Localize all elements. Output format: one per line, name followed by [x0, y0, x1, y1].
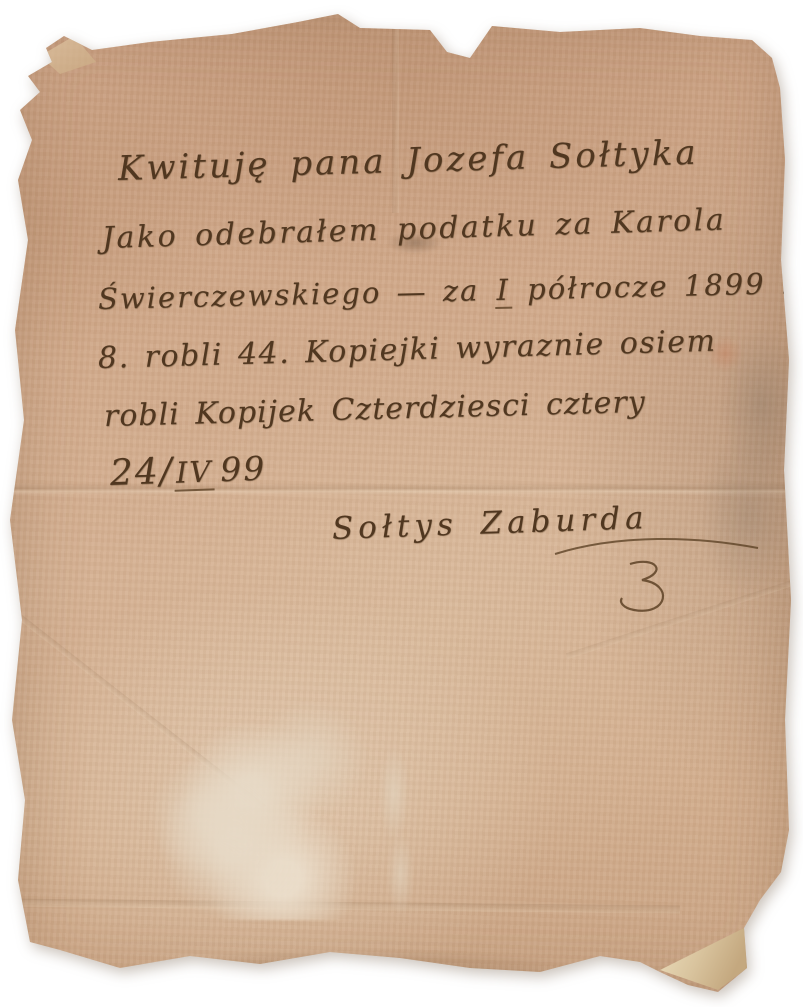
handwritten-line-4: 8. robli 44. Kopiejki wyraznie osiem — [98, 327, 717, 374]
paper-document: Kwituję pana Jozefa Sołtyka Jako odebrał… — [0, 0, 803, 1007]
handwritten-line-2: Jako odebrałem podatku za Karola — [102, 205, 727, 254]
date-day: 24/ — [109, 451, 174, 494]
bottom-fold-crease — [0, 898, 680, 913]
line-3-underlined-numeral: I — [494, 273, 512, 309]
bottom-edge-darkening — [60, 928, 660, 1000]
handwritten-date: 24/IV99 — [109, 451, 267, 492]
date-month-roman: IV — [173, 454, 215, 491]
signature-text: Sołtys Zaburda — [331, 503, 649, 545]
line-3-text: Świerczewskiego — za — [98, 273, 495, 316]
handwritten-line-5: robli Kopijek Czterdziesci cztery — [104, 388, 646, 432]
white-damage-stains — [140, 690, 450, 920]
handwritten-line-3: Świerczewskiego — za I półrocze 1899 r — [98, 269, 797, 314]
folded-corner-top-left — [40, 36, 100, 76]
diagonal-crease-right — [566, 567, 803, 659]
scan-background: Kwituję pana Jozefa Sołtyka Jako odebrał… — [0, 0, 803, 1007]
diagonal-crease-left — [0, 596, 266, 810]
folded-corner-bottom-right — [658, 922, 750, 992]
top-vertical-crease — [392, 18, 399, 213]
date-year: 99 — [220, 449, 267, 490]
dark-smudge-right — [660, 320, 803, 600]
handwritten-line-1: Kwituję pana Jozefa Sołtyka — [118, 136, 699, 186]
line-3-text-end: półrocze 1899 r — [512, 266, 797, 306]
paper-shadow-wrapper: Kwituję pana Jozefa Sołtyka Jako odebrał… — [0, 0, 803, 1007]
